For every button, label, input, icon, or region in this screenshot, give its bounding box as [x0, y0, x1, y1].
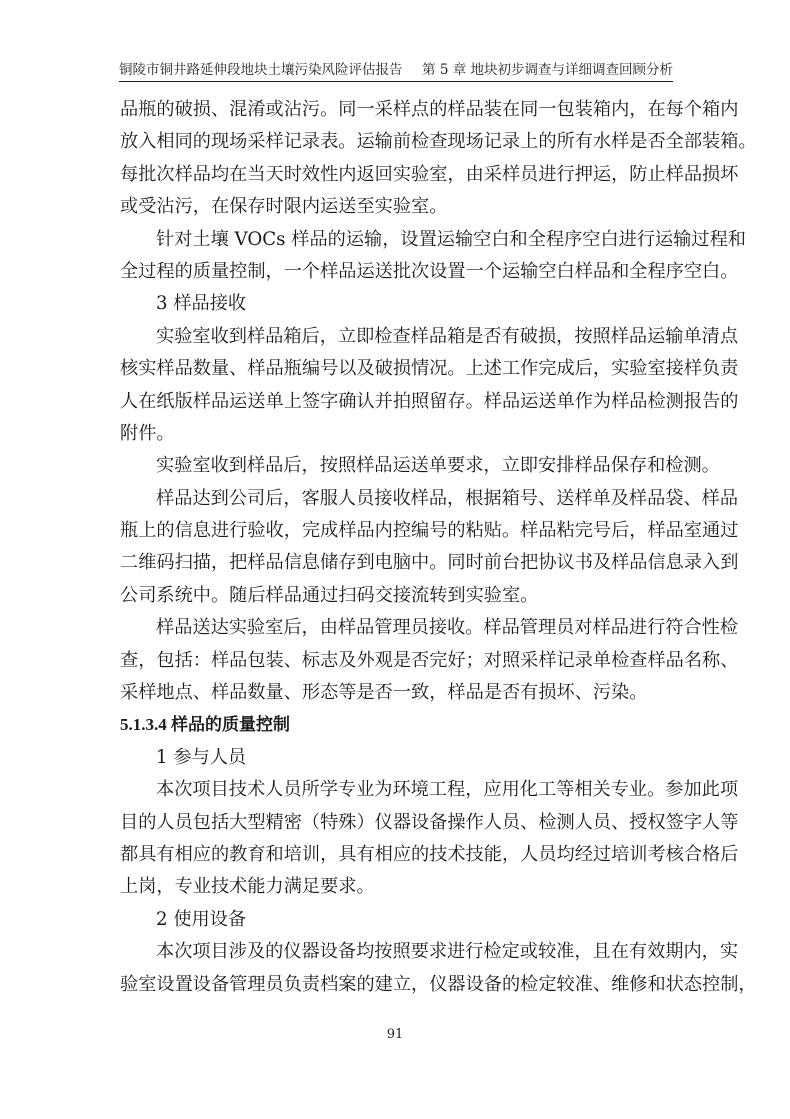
- paragraph-lab-arrangement: 实验室收到样品后，按照样品运送单要求，立即安排样品保存和检测。: [120, 450, 672, 482]
- section-heading: 5.1.3.4 样品的质量控制: [120, 709, 672, 741]
- paragraph-equipment: 本次项目涉及的仪器设备均按照要求进行检定或较准，且在有效期内，实 验室设置设备管…: [120, 936, 672, 1001]
- text-line: 全过程的质量控制，一个样品运送批次设置一个运输空白样品和全程序空白。: [120, 256, 672, 288]
- text-line: 目的人员包括大型精密（特殊）仪器设备操作人员、检测人员、授权签字人等: [120, 807, 672, 839]
- paragraph-transport-packing: 品瓶的破损、混淆或沾污。同一采样点的样品装在同一包装箱内，在每个箱内 放入相同的…: [120, 94, 672, 224]
- text-line: 查，包括：样品包装、标志及外观是否完好；对照采样记录单检查样品名称、: [120, 645, 672, 677]
- text-line: 本次项目涉及的仪器设备均按照要求进行检定或较准，且在有效期内，实: [120, 936, 672, 968]
- subheading-equipment: 2 使用设备: [120, 904, 672, 936]
- header-chapter-title: 第 5 章 地块初步调查与详细调查回顾分析: [422, 58, 673, 78]
- paragraph-sample-receipt: 实验室收到样品箱后，立即检查样品箱是否有破损，按照样品运输单清点 核实样品数量、…: [120, 321, 672, 451]
- text-line: 附件。: [120, 418, 672, 450]
- text-line: 每批次样品均在当天时效性内返回实验室，由采样员进行押运，防止样品损坏: [120, 159, 672, 191]
- header-divider: [119, 81, 673, 82]
- text-line: 上岗，专业技术能力满足要求。: [120, 871, 672, 903]
- text-line: 二维码扫描，把样品信息储存到电脑中。同时前台把协议书及样品信息录入到: [120, 547, 672, 579]
- text-line: 样品达到公司后，客服人员接收样品，根据箱号、送样单及样品袋、样品: [120, 483, 672, 515]
- text-line: 核实样品数量、样品瓶编号以及破损情况。上述工作完成后，实验室接样负责: [120, 353, 672, 385]
- text-line: 实验室收到样品箱后，立即检查样品箱是否有破损，按照样品运输单清点: [120, 321, 672, 353]
- page-number: 91: [0, 1027, 790, 1042]
- paragraph-lab-check: 样品送达实验室后，由样品管理员接收。样品管理员对样品进行符合性检 查，包括：样品…: [120, 612, 672, 709]
- running-header: 铜陵市铜井路延伸段地块土壤污染风险评估报告 第 5 章 地块初步调查与详细调查回…: [119, 56, 673, 78]
- text-line: 或受沾污，在保存时限内运送至实验室。: [120, 191, 672, 223]
- subheading-sample-receipt: 3 样品接收: [120, 288, 672, 320]
- text-line: 针对土壤 VOCs 样品的运输，设置运输空白和全程序空白进行运输过程和: [120, 224, 672, 256]
- text-line: 样品送达实验室后，由样品管理员接收。样品管理员对样品进行符合性检: [120, 612, 672, 644]
- text-line: 验室设置设备管理员负责档案的建立，仪器设备的检定较准、维修和状态控制，: [120, 969, 672, 1001]
- subheading-personnel: 1 参与人员: [120, 742, 672, 774]
- paragraph-company-receipt: 样品达到公司后，客服人员接收样品，根据箱号、送样单及样品袋、样品 瓶上的信息进行…: [120, 483, 672, 613]
- text-line: 放入相同的现场采样记录表。运输前检查现场记录上的所有水样是否全部装箱。: [120, 126, 672, 158]
- text-line: 本次项目技术人员所学专业为环境工程，应用化工等相关专业。参加此项: [120, 774, 672, 806]
- header-report-title: 铜陵市铜井路延伸段地块土壤污染风险评估报告: [119, 58, 403, 78]
- text-line: 公司系统中。随后样品通过扫码交接流转到实验室。: [120, 580, 672, 612]
- page-body: 品瓶的破损、混淆或沾污。同一采样点的样品装在同一包装箱内，在每个箱内 放入相同的…: [120, 94, 672, 1001]
- text-line: 人在纸版样品运送单上签字确认并拍照留存。样品运送单作为样品检测报告的: [120, 386, 672, 418]
- text-line: 都具有相应的教育和培训，具有相应的技术技能，人员均经过培训考核合格后: [120, 839, 672, 871]
- text-line: 瓶上的信息进行验收，完成样品内控编号的粘贴。样品粘完号后，样品室通过: [120, 515, 672, 547]
- text-line: 品瓶的破损、混淆或沾污。同一采样点的样品装在同一包装箱内，在每个箱内: [120, 94, 672, 126]
- text-line: 采样地点、样品数量、形态等是否一致，样品是否有损坏、污染。: [120, 677, 672, 709]
- text-line: 实验室收到样品后，按照样品运送单要求，立即安排样品保存和检测。: [120, 450, 672, 482]
- document-page: 铜陵市铜井路延伸段地块土壤污染风险评估报告 第 5 章 地块初步调查与详细调查回…: [0, 0, 790, 1119]
- paragraph-vocs-transport: 针对土壤 VOCs 样品的运输，设置运输空白和全程序空白进行运输过程和 全过程的…: [120, 224, 672, 289]
- paragraph-personnel: 本次项目技术人员所学专业为环境工程，应用化工等相关专业。参加此项 目的人员包括大…: [120, 774, 672, 904]
